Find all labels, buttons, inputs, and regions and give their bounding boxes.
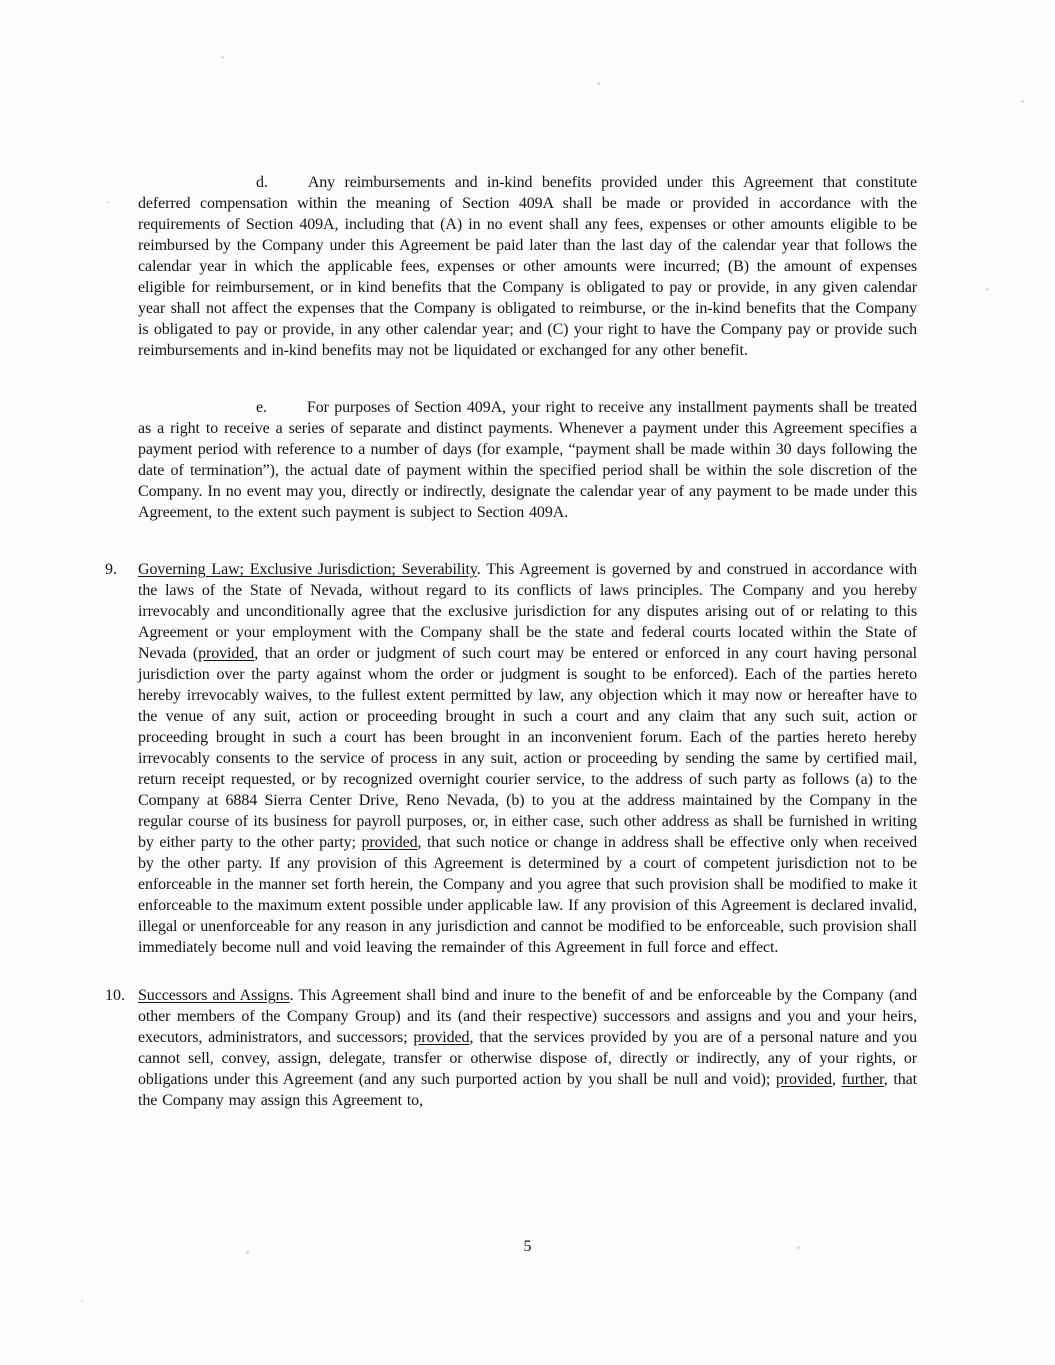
paragraph-e-marker: e. bbox=[256, 399, 267, 416]
page-number: 5 bbox=[0, 1238, 1055, 1256]
section-10-heading: Successors and Assigns bbox=[138, 987, 290, 1004]
section-10-provided-1: provided bbox=[413, 1029, 469, 1046]
scan-speck bbox=[221, 56, 224, 59]
section-10-provided-2: provided bbox=[776, 1071, 832, 1088]
section-9-heading: Governing Law; Exclusive Jurisdiction; S… bbox=[138, 561, 477, 578]
scan-speck bbox=[986, 288, 989, 291]
section-10: 10. Successors and Assigns. This Agreeme… bbox=[138, 985, 917, 1111]
section-9-text-3: , that such notice or change in address … bbox=[138, 834, 917, 956]
section-10-further: further bbox=[842, 1071, 884, 1088]
section-9-body: Governing Law; Exclusive Jurisdiction; S… bbox=[138, 559, 917, 958]
section-9: 9. Governing Law; Exclusive Jurisdiction… bbox=[138, 559, 917, 958]
section-9-provided-2: provided bbox=[361, 834, 417, 851]
section-9-text-2: , that an order or judgment of such cour… bbox=[138, 645, 917, 851]
section-10-body: Successors and Assigns. This Agreement s… bbox=[138, 985, 917, 1111]
scan-speck bbox=[1021, 100, 1024, 103]
document-body: d.Any reimbursements and in-kind benefit… bbox=[138, 172, 917, 1138]
section-10-number: 10. bbox=[105, 985, 125, 1006]
paragraph-e-text: For purposes of Section 409A, your right… bbox=[138, 399, 917, 521]
paragraph-d: d.Any reimbursements and in-kind benefit… bbox=[138, 172, 917, 361]
scan-speck bbox=[81, 1300, 83, 1302]
paragraph-e: e.For purposes of Section 409A, your rig… bbox=[138, 397, 917, 523]
paragraph-d-marker: d. bbox=[256, 174, 268, 191]
document-page: d.Any reimbursements and in-kind benefit… bbox=[0, 0, 1055, 1365]
scan-speck bbox=[107, 201, 109, 203]
section-10-text-3: , bbox=[832, 1071, 842, 1088]
section-9-number: 9. bbox=[105, 559, 117, 580]
paragraph-d-text: Any reimbursements and in-kind benefits … bbox=[138, 174, 917, 359]
scan-speck bbox=[597, 82, 600, 85]
section-9-provided-1: provided bbox=[198, 645, 254, 662]
